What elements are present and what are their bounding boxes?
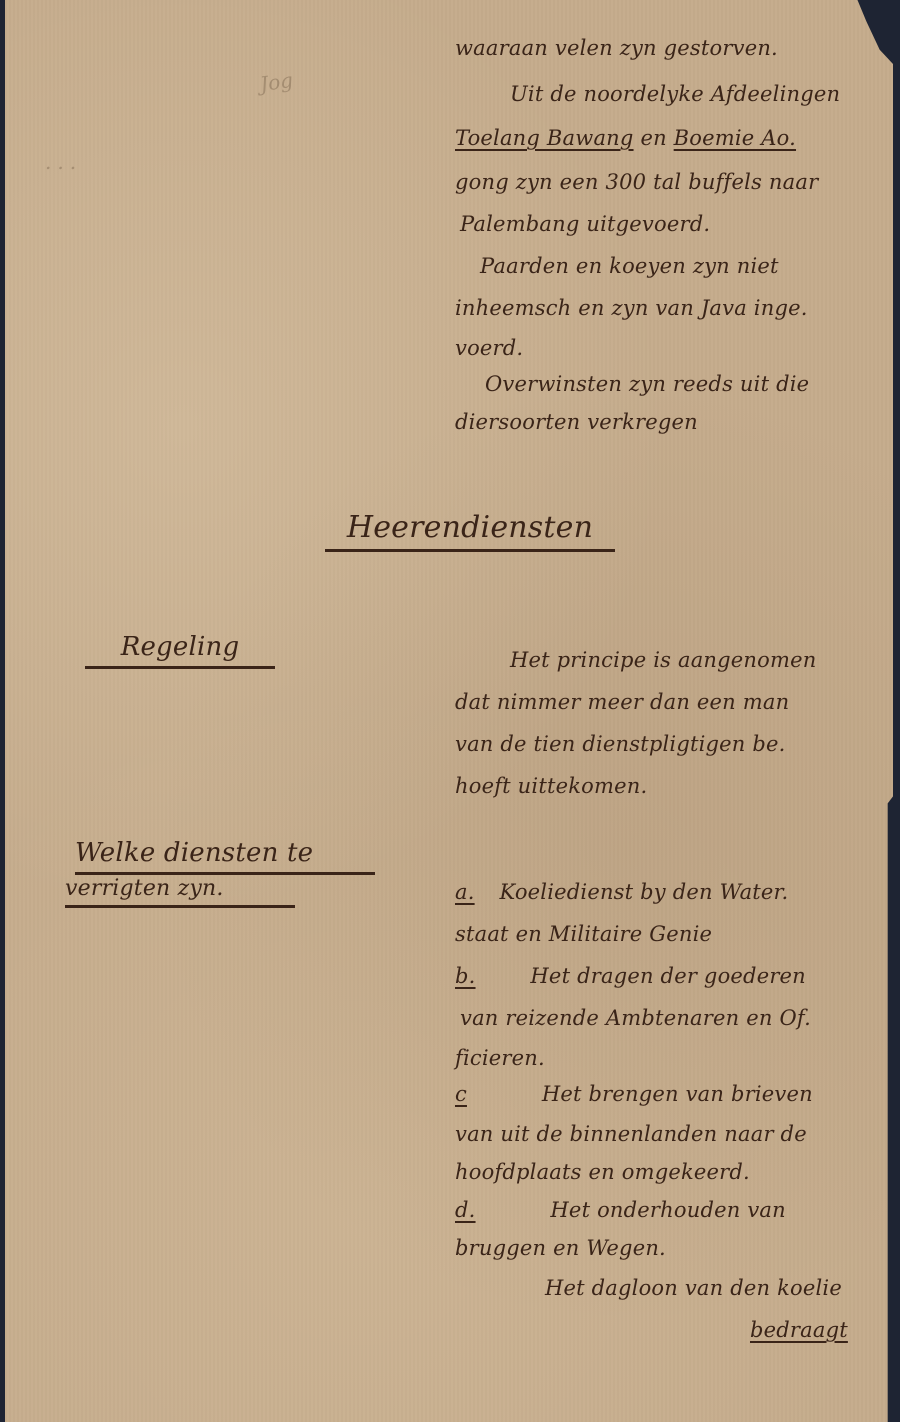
text-line: van uit de binnenlanden naar de <box>455 1122 807 1146</box>
list-item-b: b. Het dragen der goederen <box>455 964 806 988</box>
item-text: Het dragen der goederen <box>530 964 806 988</box>
text-line: bedraagt <box>750 1318 848 1342</box>
text-line: inheemsch en zyn van Java inge. <box>455 296 808 320</box>
item-marker: d. <box>455 1198 476 1222</box>
text-line: Palembang uitgevoerd. <box>460 212 710 236</box>
side-heading-diensten-line-2: verrigten zyn. <box>65 876 295 908</box>
place-name: Toelang Bawang <box>455 126 634 150</box>
item-marker: c <box>455 1082 467 1106</box>
side-heading-diensten-line-1: Welke diensten te <box>75 838 375 875</box>
item-text: Koeliedienst by den Water. <box>500 880 789 904</box>
list-item-c: c Het brengen van brieven <box>455 1082 813 1106</box>
text-line: van reizende Ambtenaren en Of. <box>460 1006 811 1030</box>
text-line: van de tien dienstpligtigen be. <box>455 732 786 756</box>
item-text: Het onderhouden van <box>550 1198 785 1222</box>
bleed-through-mark: ... <box>45 150 82 174</box>
text-line: hoeft uittekomen. <box>455 774 647 798</box>
text-line: bruggen en Wegen. <box>455 1236 666 1260</box>
text-line: voerd. <box>455 336 523 360</box>
place-name: Boemie Ao. <box>674 126 796 150</box>
bleed-through-mark: Jog <box>258 68 294 96</box>
text-line-underlined: Toelang Bawang en Boemie Ao. <box>455 126 796 150</box>
text-line: diersoorten verkregen <box>455 410 698 434</box>
section-heading: Heerendiensten <box>325 510 615 552</box>
text-line: ficieren. <box>455 1046 545 1070</box>
item-marker: b. <box>455 964 476 988</box>
side-heading-regeling: Regeling <box>85 632 275 669</box>
text-line: waaraan velen zyn gestorven. <box>455 36 778 60</box>
item-marker: a. <box>455 880 475 904</box>
text-line: Uit de noordelyke Afdeelingen <box>510 82 840 106</box>
list-item-a: a. Koeliedienst by den Water. <box>455 880 788 904</box>
manuscript-page: Jog ... waaraan velen zyn gestorven. Uit… <box>5 0 893 1422</box>
text-line: Overwinsten zyn reeds uit die <box>485 372 809 396</box>
text-line: Het dagloon van den koelie <box>545 1276 842 1300</box>
text-line: Paarden en koeyen zyn niet <box>480 254 779 278</box>
item-text: Het brengen van brieven <box>542 1082 813 1106</box>
text-line: hoofdplaats en omgekeerd. <box>455 1160 750 1184</box>
text-line: staat en Militaire Genie <box>455 922 712 946</box>
text-line: Het principe is aangenomen <box>510 648 816 672</box>
list-item-d: d. Het onderhouden van <box>455 1198 786 1222</box>
text-line: gong zyn een 300 tal buffels naar <box>455 170 818 194</box>
text-line: dat nimmer meer dan een man <box>455 690 789 714</box>
